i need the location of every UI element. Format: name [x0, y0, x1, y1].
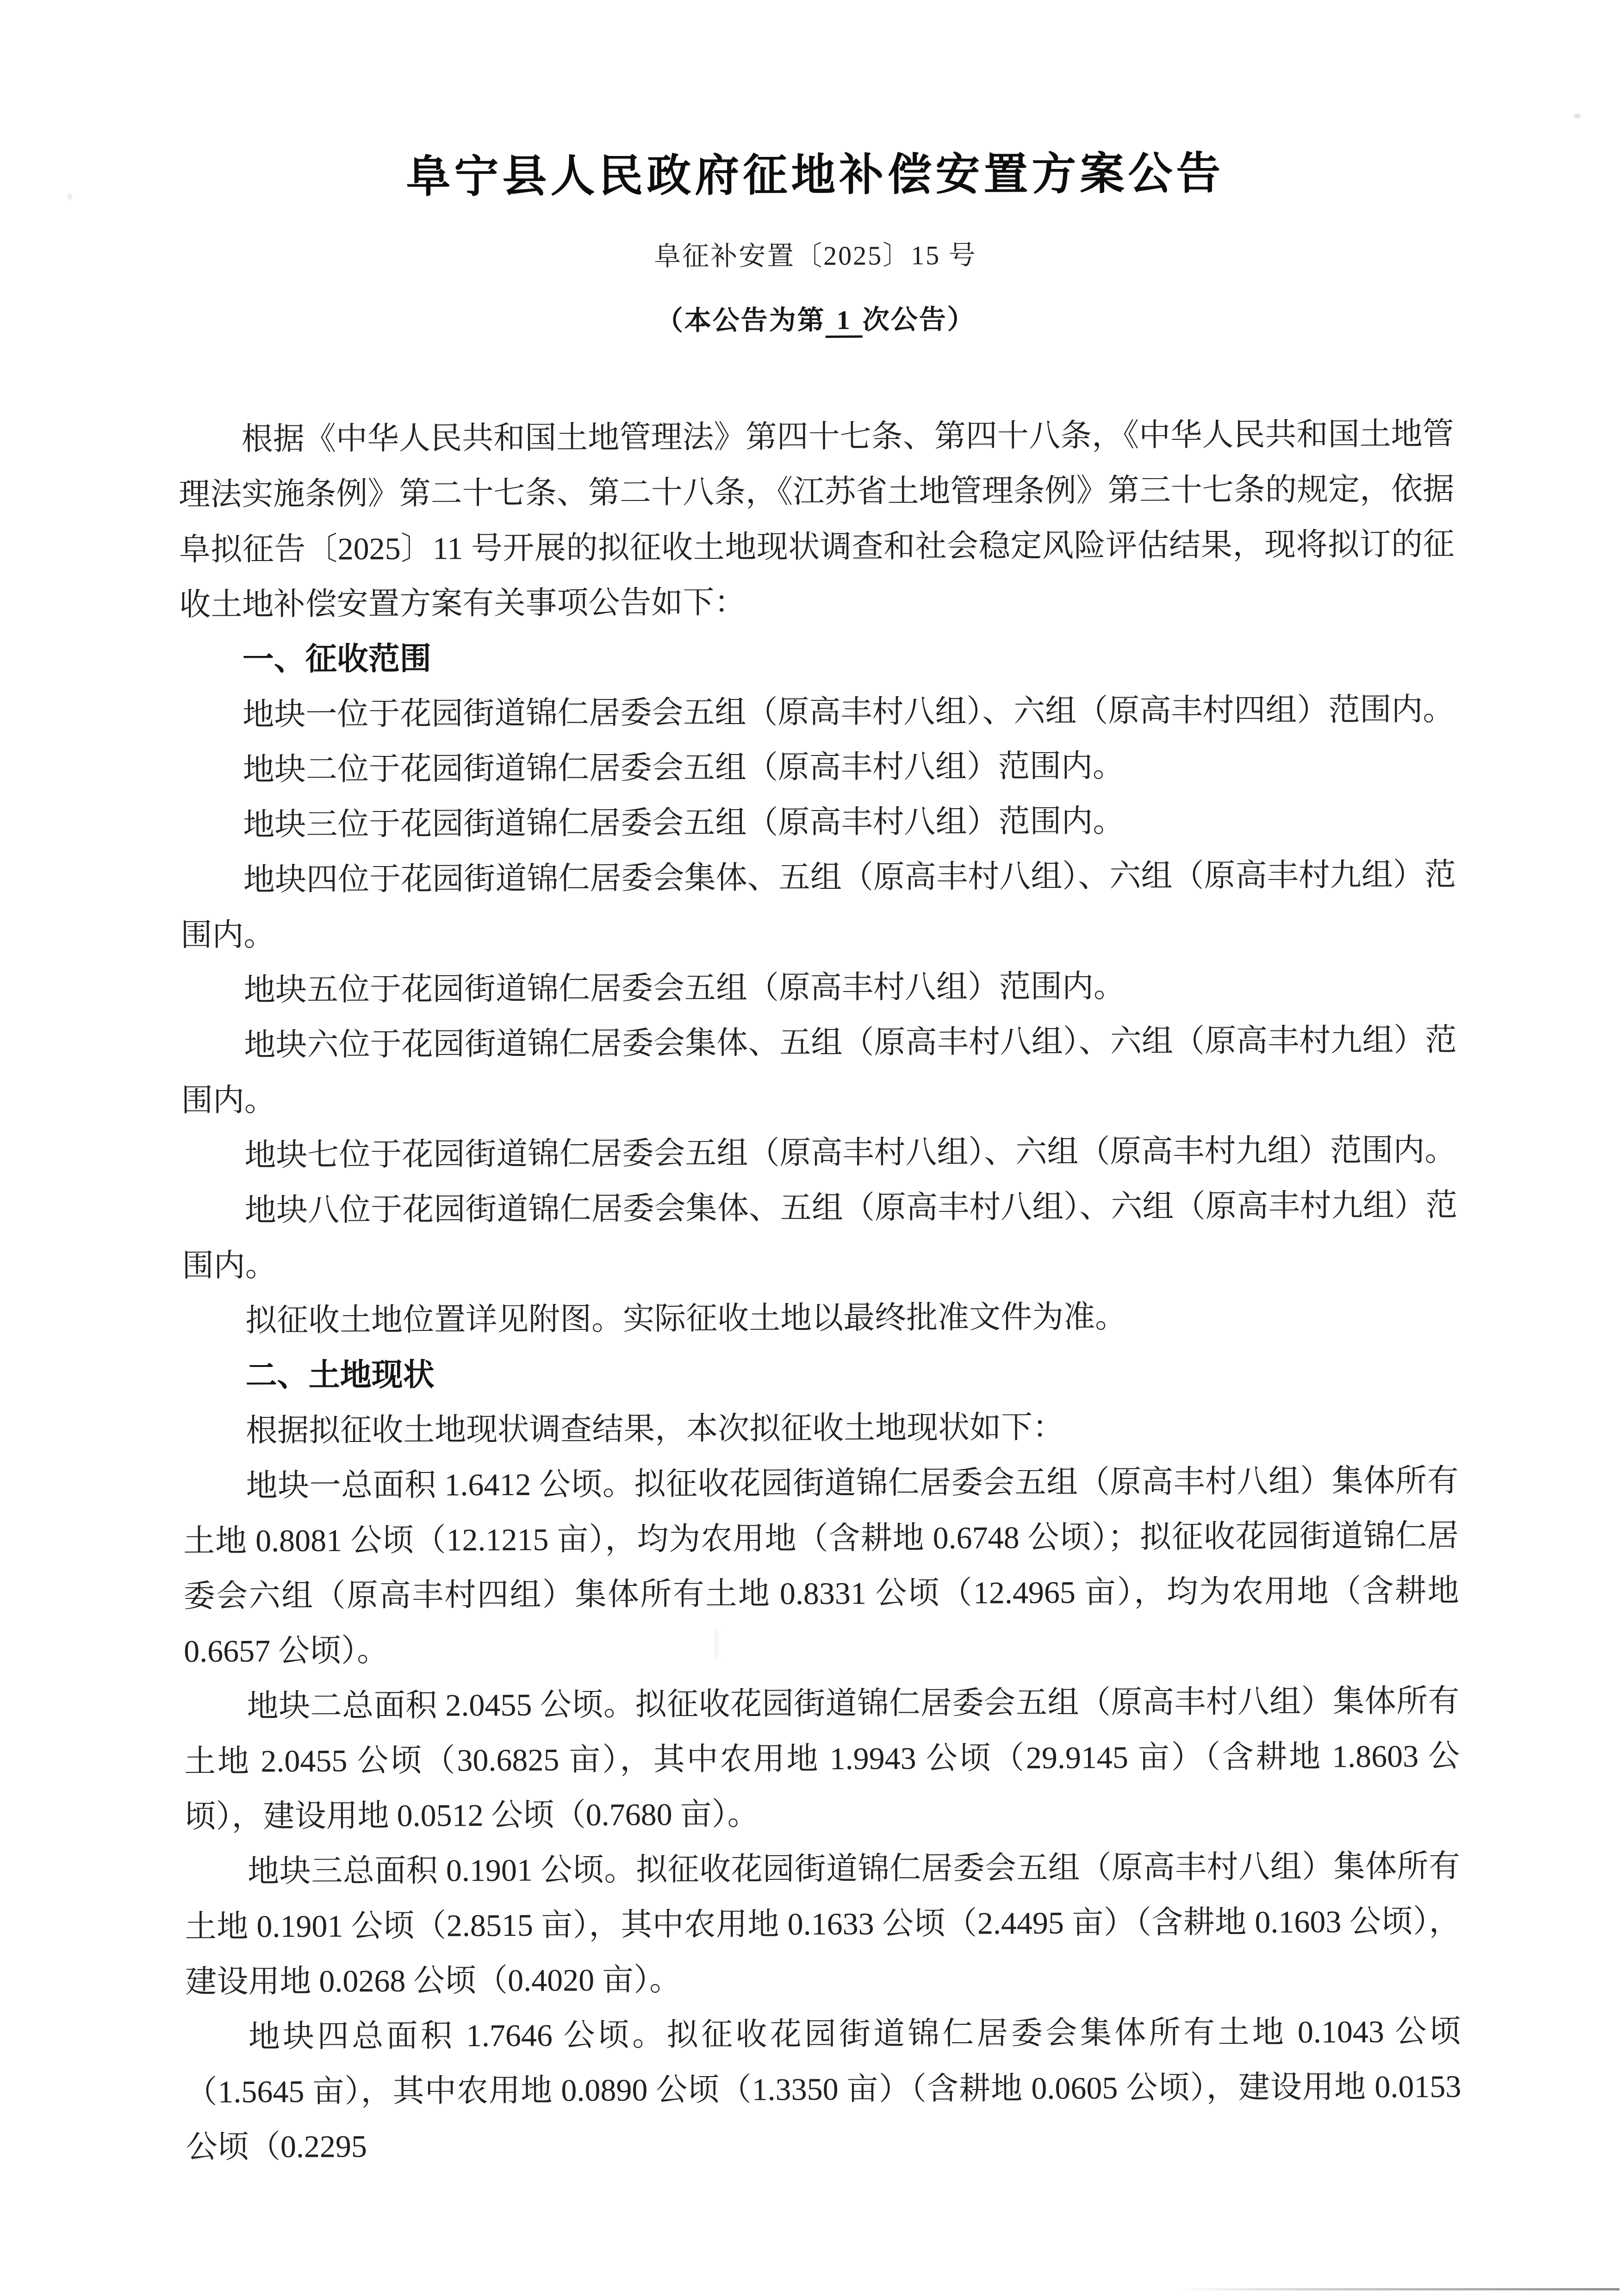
paragraph-plot8-location: 地块八位于花园街道锦仁居委会集体、五组（原高丰村八组）、六组（原高丰村九组）范围… — [182, 1178, 1458, 1293]
document-number: 阜征补安置〔2025〕15 号 — [178, 234, 1453, 278]
scan-artifact-speck — [715, 1629, 719, 1659]
intro-paragraph: 根据《中华人民共和国土地管理法》第四十七条、第四十八条，《中华人民共和国土地管理… — [178, 406, 1455, 632]
paragraph-plot6-location: 地块六位于花园街道锦仁居委会集体、五组（原高丰村八组）、六组（原高丰村九组）范围… — [181, 1012, 1457, 1128]
document-title: 阜宁县人民政府征地补偿安置方案公告 — [177, 144, 1453, 206]
count-suffix: 次公告） — [862, 304, 975, 335]
scan-artifact-speck — [68, 193, 72, 200]
scan-artifact-bottom-line — [1175, 2288, 1620, 2290]
count-number-underlined: 1 — [825, 305, 862, 338]
paragraph-status-intro: 根据拟征收土地现状调查结果，本次拟征收土地现状如下： — [183, 1398, 1458, 1459]
paragraph-plot4-location: 地块四位于花园街道锦仁居委会集体、五组（原高丰村八组）、六组（原高丰村九组）范围… — [180, 847, 1456, 963]
count-prefix: （本公告为第 — [656, 305, 825, 336]
paragraph-plot3-area: 地块三总面积 0.1901 公顷。拟征收花园街道锦仁居委会五组（原高丰村八组）集… — [185, 1839, 1461, 2009]
paragraph-plot3-location: 地块三位于花园街道锦仁居委会五组（原高丰村八组）范围内。 — [180, 792, 1455, 853]
paragraph-plot1-location: 地块一位于花园街道锦仁居委会五组（原高丰村八组）、六组（原高丰村四组）范围内。 — [180, 682, 1455, 742]
scanned-document-page: 阜宁县人民政府征地补偿安置方案公告 阜征补安置〔2025〕15 号 （本公告为第… — [0, 0, 1623, 2296]
paragraph-plot4-area-truncated: 地块四总面积 1.7646 公顷。拟征收花园街道锦仁居委会集体所有土地 0.10… — [186, 2004, 1462, 2175]
section-heading-scope: 一、征收范围 — [180, 627, 1455, 687]
paragraph-plot7-location: 地块七位于花园街道锦仁居委会五组（原高丰村八组）、六组（原高丰村九组）范围内。 — [181, 1123, 1457, 1183]
scan-artifact-speck — [1573, 114, 1581, 119]
paragraph-plot5-location: 地块五位于花园街道锦仁居委会五组（原高丰村八组）范围内。 — [181, 957, 1456, 1018]
paragraph-plot1-area: 地块一总面积 1.6412 公顷。拟征收花园街道锦仁居委会五组（原高丰村八组）集… — [183, 1453, 1459, 1679]
paragraph-plot2-location: 地块二位于花园街道锦仁居委会五组（原高丰村八组）范围内。 — [180, 737, 1455, 798]
document-body: 根据《中华人民共和国土地管理法》第四十七条、第四十八条，《中华人民共和国土地管理… — [178, 406, 1461, 2175]
section-heading-land-status: 二、土地现状 — [182, 1343, 1458, 1404]
announcement-count-line: （本公告为第1次公告） — [178, 296, 1453, 344]
paragraph-map-note: 拟征收土地位置详见附图。实际征收土地以最终批准文件为准。 — [182, 1288, 1458, 1348]
document-content: 阜宁县人民政府征地补偿安置方案公告 阜征补安置〔2025〕15 号 （本公告为第… — [177, 144, 1461, 2175]
paragraph-plot2-area: 地块二总面积 2.0455 公顷。拟征收花园街道锦仁居委会五组（原高丰村八组）集… — [184, 1673, 1460, 1844]
